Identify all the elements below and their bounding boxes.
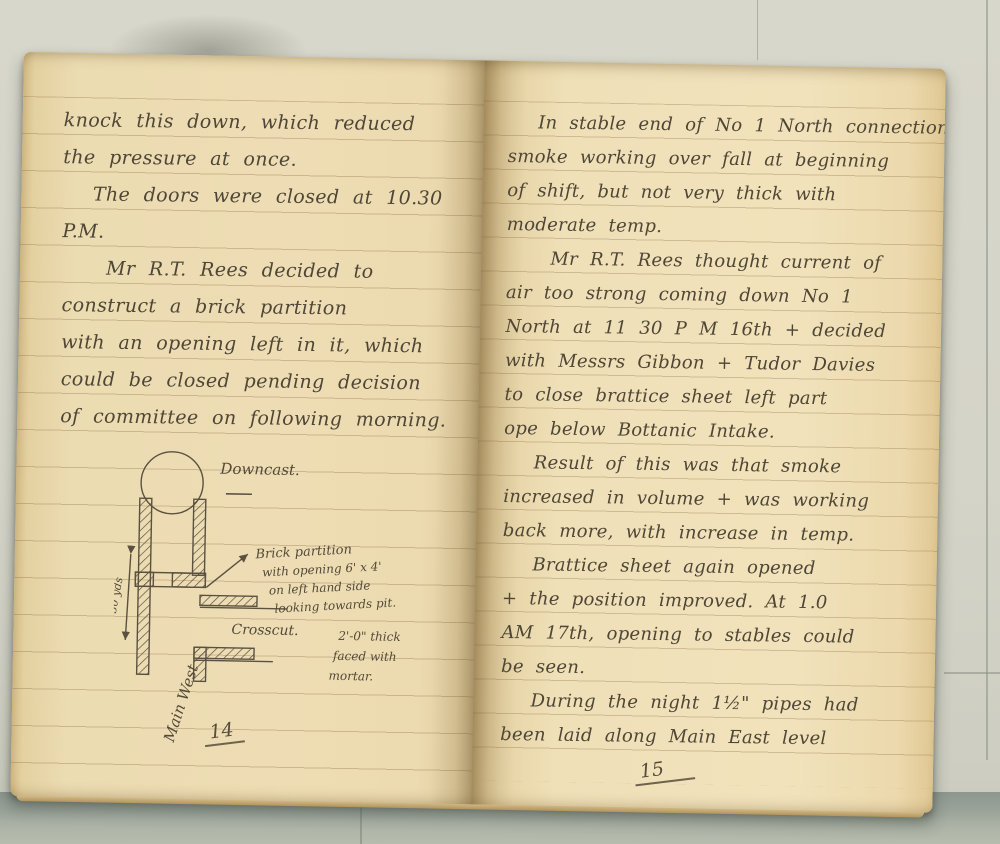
annotation-arrow	[206, 553, 248, 588]
handwriting-line: AM 17th, opening to stables could	[501, 616, 932, 656]
page-number-left: 14	[202, 717, 245, 747]
partition-note-line: on left hand side	[269, 578, 371, 597]
handwriting-line: The doors were closed at 10.30	[63, 176, 476, 218]
thickness-note-line: 2'-0" thick	[337, 629, 401, 644]
roadway-wall-right	[192, 499, 205, 575]
dimension-arrow	[125, 554, 131, 640]
handwriting-line: + the position improved. At 1.0	[502, 582, 933, 622]
handwriting-line: to close brattice sheet left part	[504, 378, 935, 418]
downcast-label: Downcast.	[219, 460, 300, 479]
handwriting-line: Result of this was that smoke	[504, 446, 935, 486]
thickness-note-line: faced with	[332, 649, 397, 664]
handwriting-line: Brattice sheet again opened	[502, 548, 933, 588]
handwriting-line: construct a brick partition	[61, 287, 474, 329]
handwriting-line: of committee on following morning.	[60, 398, 473, 440]
handwriting-line: air too strong coming down No 1	[506, 276, 937, 316]
main-west-label: Main West	[160, 661, 203, 745]
crosscut-label: Crosscut.	[231, 622, 298, 639]
handwriting-line: In stable end of No 1 North connection	[508, 106, 939, 146]
mine-diagram: Downcast. Brick partition with opening 6…	[111, 436, 477, 783]
handwriting-line: could be closed pending decision	[61, 361, 474, 403]
handwriting-line: P.M.	[62, 213, 475, 255]
tile-seam	[944, 672, 1000, 674]
tile-seam	[757, 0, 758, 60]
handwriting-line: Mr R.T. Rees decided to	[62, 250, 475, 292]
handwriting-line: with an opening left in it, which	[61, 324, 474, 366]
handwriting-line: the pressure at once.	[63, 139, 476, 181]
handwriting-line: Mr R.T. Rees thought current of	[506, 242, 937, 282]
handwriting-line: been laid along Main East level	[500, 718, 931, 758]
tile-seam	[986, 0, 988, 760]
partition-note-line: looking towards pit.	[274, 595, 396, 615]
handwriting-line: of shift, but not very thick with	[507, 174, 938, 214]
handwriting-line: knock this down, which reduced	[64, 102, 477, 144]
thickness-note-line: mortar.	[328, 669, 373, 684]
handwriting-line: be seen.	[501, 650, 932, 690]
notebook-photo: knock this down, which reduced the press…	[0, 0, 1000, 844]
handwriting-line: with Messrs Gibbon + Tudor Davies	[505, 344, 936, 384]
handwriting-line: During the night 1½" pipes had	[500, 684, 931, 724]
open-notebook: knock this down, which reduced the press…	[10, 52, 945, 813]
partition-note-line: with opening 6' x 4'	[262, 559, 382, 579]
left-page-text: knock this down, which reduced the press…	[60, 102, 477, 440]
handwriting-line: increased in volume + was working	[503, 480, 934, 520]
partition-note-line: Brick partition	[254, 542, 352, 562]
left-page: knock this down, which reduced the press…	[10, 52, 485, 804]
handwriting-line: ope below Bottanic Intake.	[504, 412, 935, 452]
handwriting-line: back more, with increase in temp.	[503, 514, 934, 554]
handwriting-line: moderate temp.	[507, 208, 938, 248]
right-page-text: In stable end of No 1 North connection s…	[500, 106, 939, 758]
handwriting-line: North at 11 30 P M 16th + decided	[505, 310, 936, 350]
crosscut-wall-upper	[200, 595, 257, 606]
right-page: In stable end of No 1 North connection s…	[471, 60, 946, 812]
handwriting-line: smoke working over fall at beginning	[508, 140, 939, 180]
